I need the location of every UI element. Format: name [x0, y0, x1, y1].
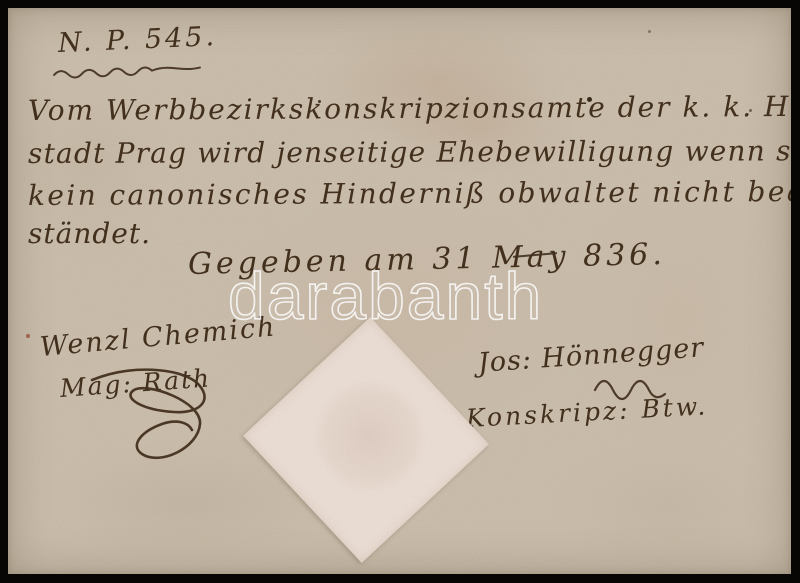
body-line-3: kein canonisches Hinderniß obwaltet nich… — [28, 175, 791, 212]
red-speck — [26, 334, 30, 338]
signature-left-name: Wenzl Chemich — [39, 311, 278, 363]
scanned-document-photo: N. P. 545. Vom Werbbezirkskonskripzionsa… — [0, 0, 800, 583]
reference-underline — [52, 59, 222, 80]
body-line-2: stadt Prag wird jenseitige Ehebewilligun… — [28, 134, 791, 170]
dirt-speck — [749, 109, 752, 112]
body-line-4: ständet. — [28, 217, 151, 250]
document-paper: N. P. 545. Vom Werbbezirkskonskripzionsa… — [8, 8, 791, 574]
ink-speck — [587, 97, 592, 102]
seal-paper-patch — [243, 317, 489, 563]
stain-top-center — [308, 18, 568, 148]
reference-number: N. P. 545. — [57, 21, 217, 59]
signature-right-flourish — [593, 368, 673, 402]
body-line-1: Vom Werbbezirkskonskripzionsamte der k. … — [28, 89, 791, 127]
signature-left-flourish — [80, 360, 235, 468]
ink-speck — [318, 100, 321, 103]
stain-bottom-right — [548, 438, 788, 574]
date-line: Gegeben am 31 May 836. — [188, 237, 667, 282]
dirt-speck — [648, 30, 651, 33]
